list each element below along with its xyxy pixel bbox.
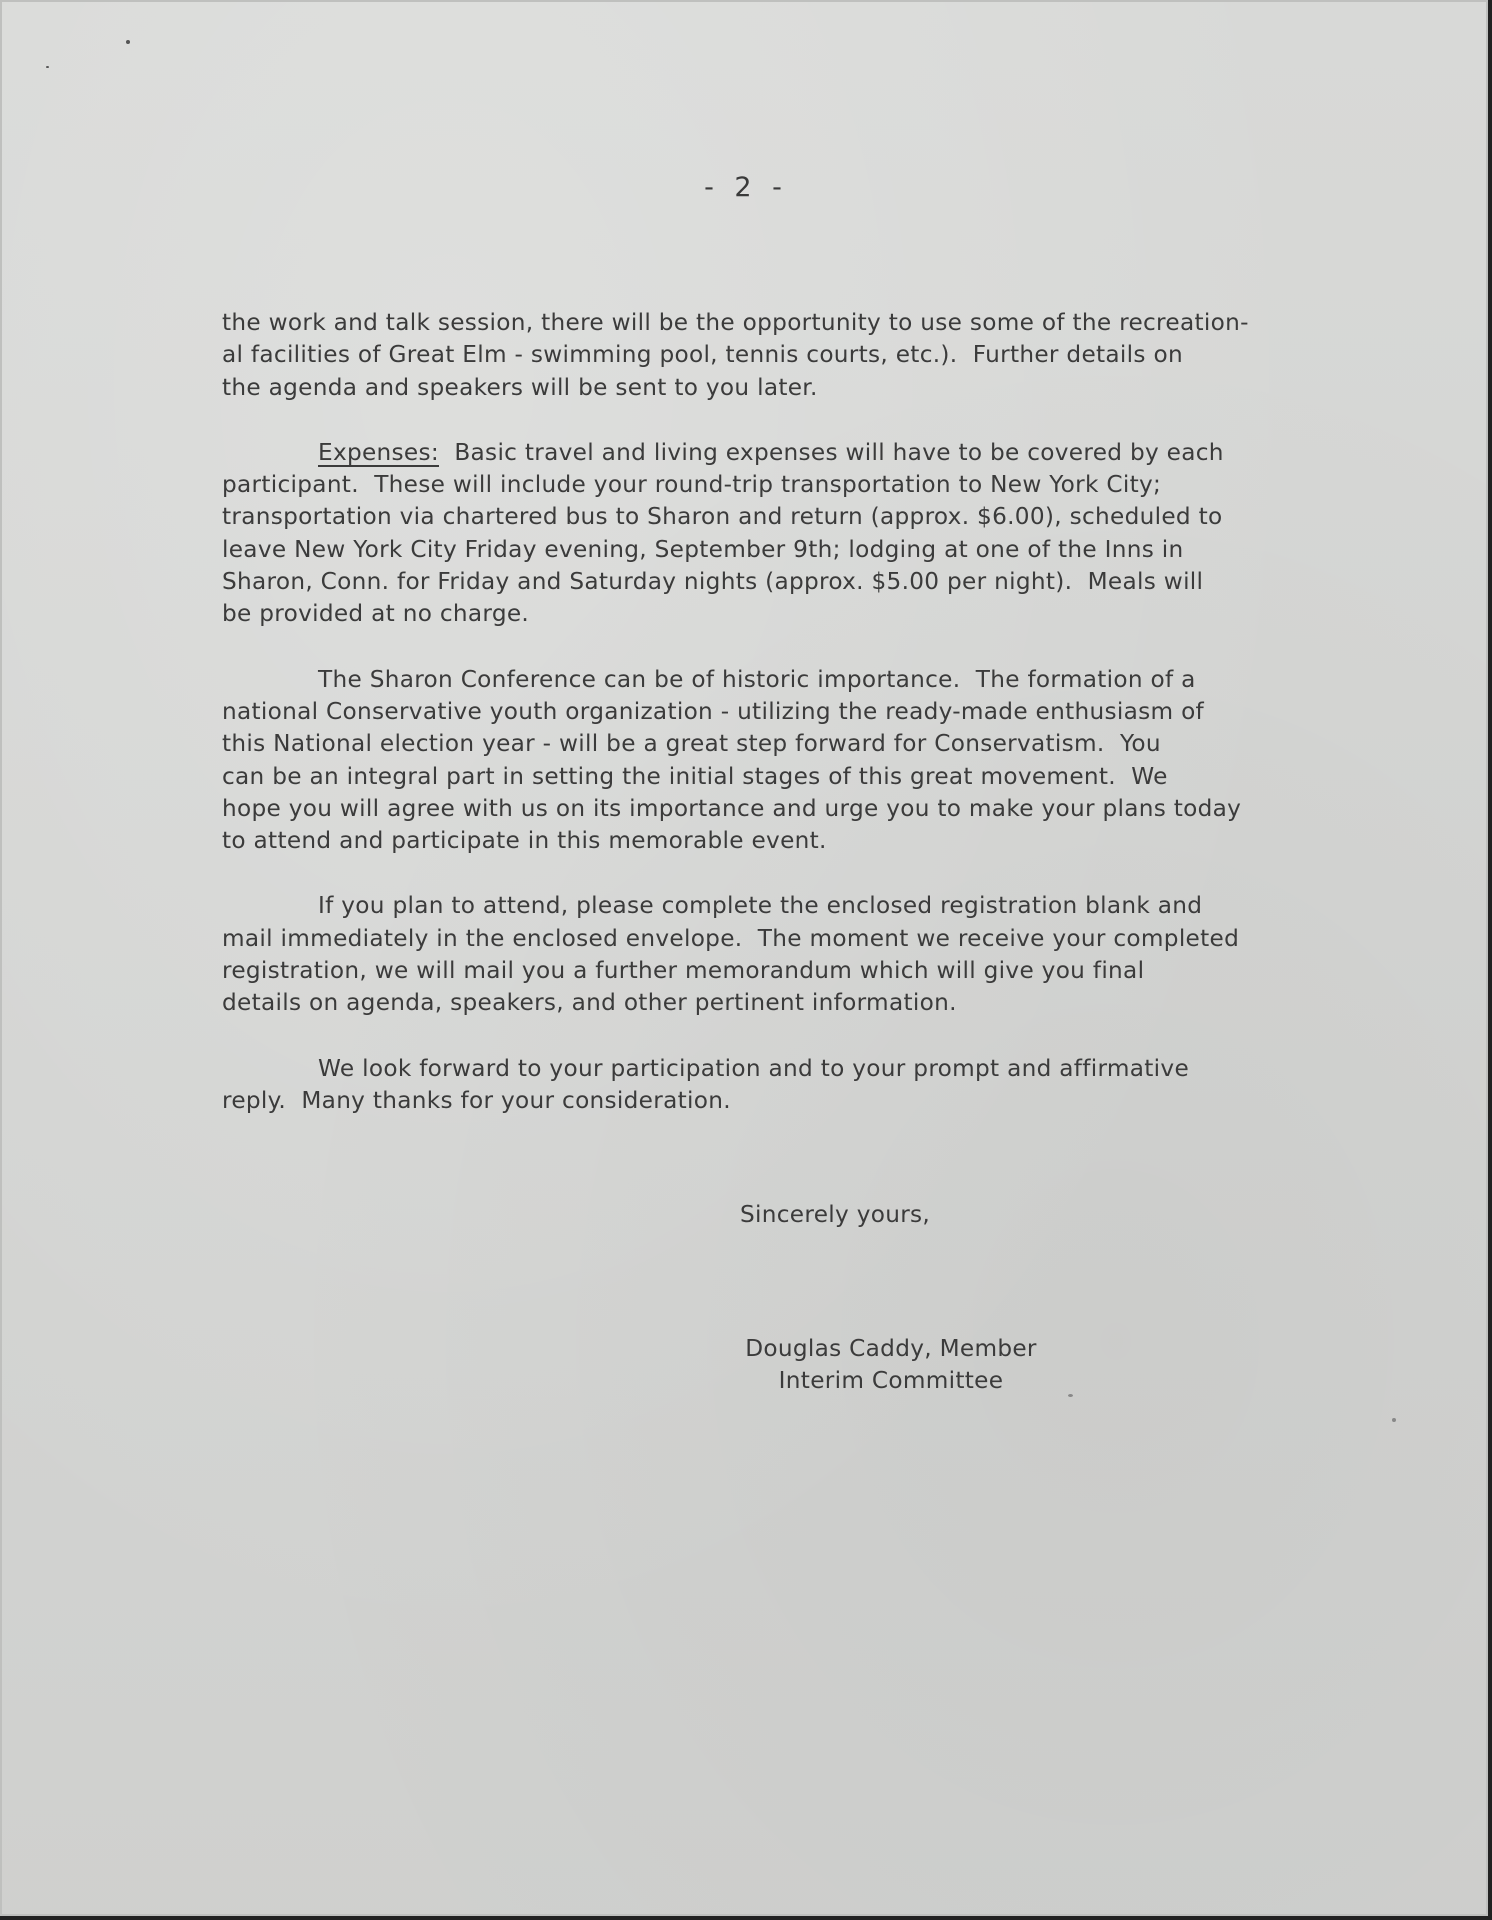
text-line: The Sharon Conference can be of historic… [222,664,1302,696]
text-line: details on agenda, speakers, and other p… [222,987,1302,1019]
text-line: Sharon, Conn. for Friday and Saturday ni… [222,566,1302,598]
paper-speck [126,40,130,44]
text-line: the work and talk session, there will be… [222,307,1302,339]
section-heading: Expenses: [318,439,439,466]
text-line: We look forward to your participation an… [222,1053,1302,1085]
signer-title: Interim Committee [738,1365,1044,1397]
paragraph: The Sharon Conference can be of historic… [222,664,1302,858]
text-line: transportation via chartered bus to Shar… [222,501,1302,533]
paper-speck [46,66,49,68]
signature-block: Douglas Caddy, Member Interim Committee [738,1333,1044,1397]
paragraph: If you plan to attend, please complete t… [222,890,1302,1019]
letter-page: - 2 - the work and talk session, there w… [0,0,1492,1920]
text-line: to attend and participate in this memora… [222,825,1302,857]
paragraph: Expenses: Basic travel and living expens… [222,437,1302,631]
text-line: Expenses: Basic travel and living expens… [222,437,1302,469]
closing-salutation: Sincerely yours, [740,1201,930,1228]
paper-speck [1068,1394,1073,1397]
text-line: the agenda and speakers will be sent to … [222,372,1302,404]
text-line: hope you will agree with us on its impor… [222,793,1302,825]
text-line: If you plan to attend, please complete t… [222,890,1302,922]
text-line: leave New York City Friday evening, Sept… [222,534,1302,566]
text-line: this National election year - will be a … [222,728,1302,760]
paper-speck [1392,1418,1396,1422]
text-line: reply. Many thanks for your consideratio… [222,1085,1302,1117]
letter-body: the work and talk session, there will be… [222,307,1302,1150]
text-line: mail immediately in the enclosed envelop… [222,923,1302,955]
signer-name: Douglas Caddy, Member [738,1333,1044,1365]
text-line: registration, we will mail you a further… [222,955,1302,987]
text-line: be provided at no charge. [222,598,1302,630]
text-line: al facilities of Great Elm - swimming po… [222,339,1302,371]
text-line: national Conservative youth organization… [222,696,1302,728]
page-number: - 2 - [0,172,1492,203]
text-line: participant. These will include your rou… [222,469,1302,501]
paragraph: the work and talk session, there will be… [222,307,1302,404]
text-line: can be an integral part in setting the i… [222,761,1302,793]
paragraph: We look forward to your participation an… [222,1053,1302,1118]
